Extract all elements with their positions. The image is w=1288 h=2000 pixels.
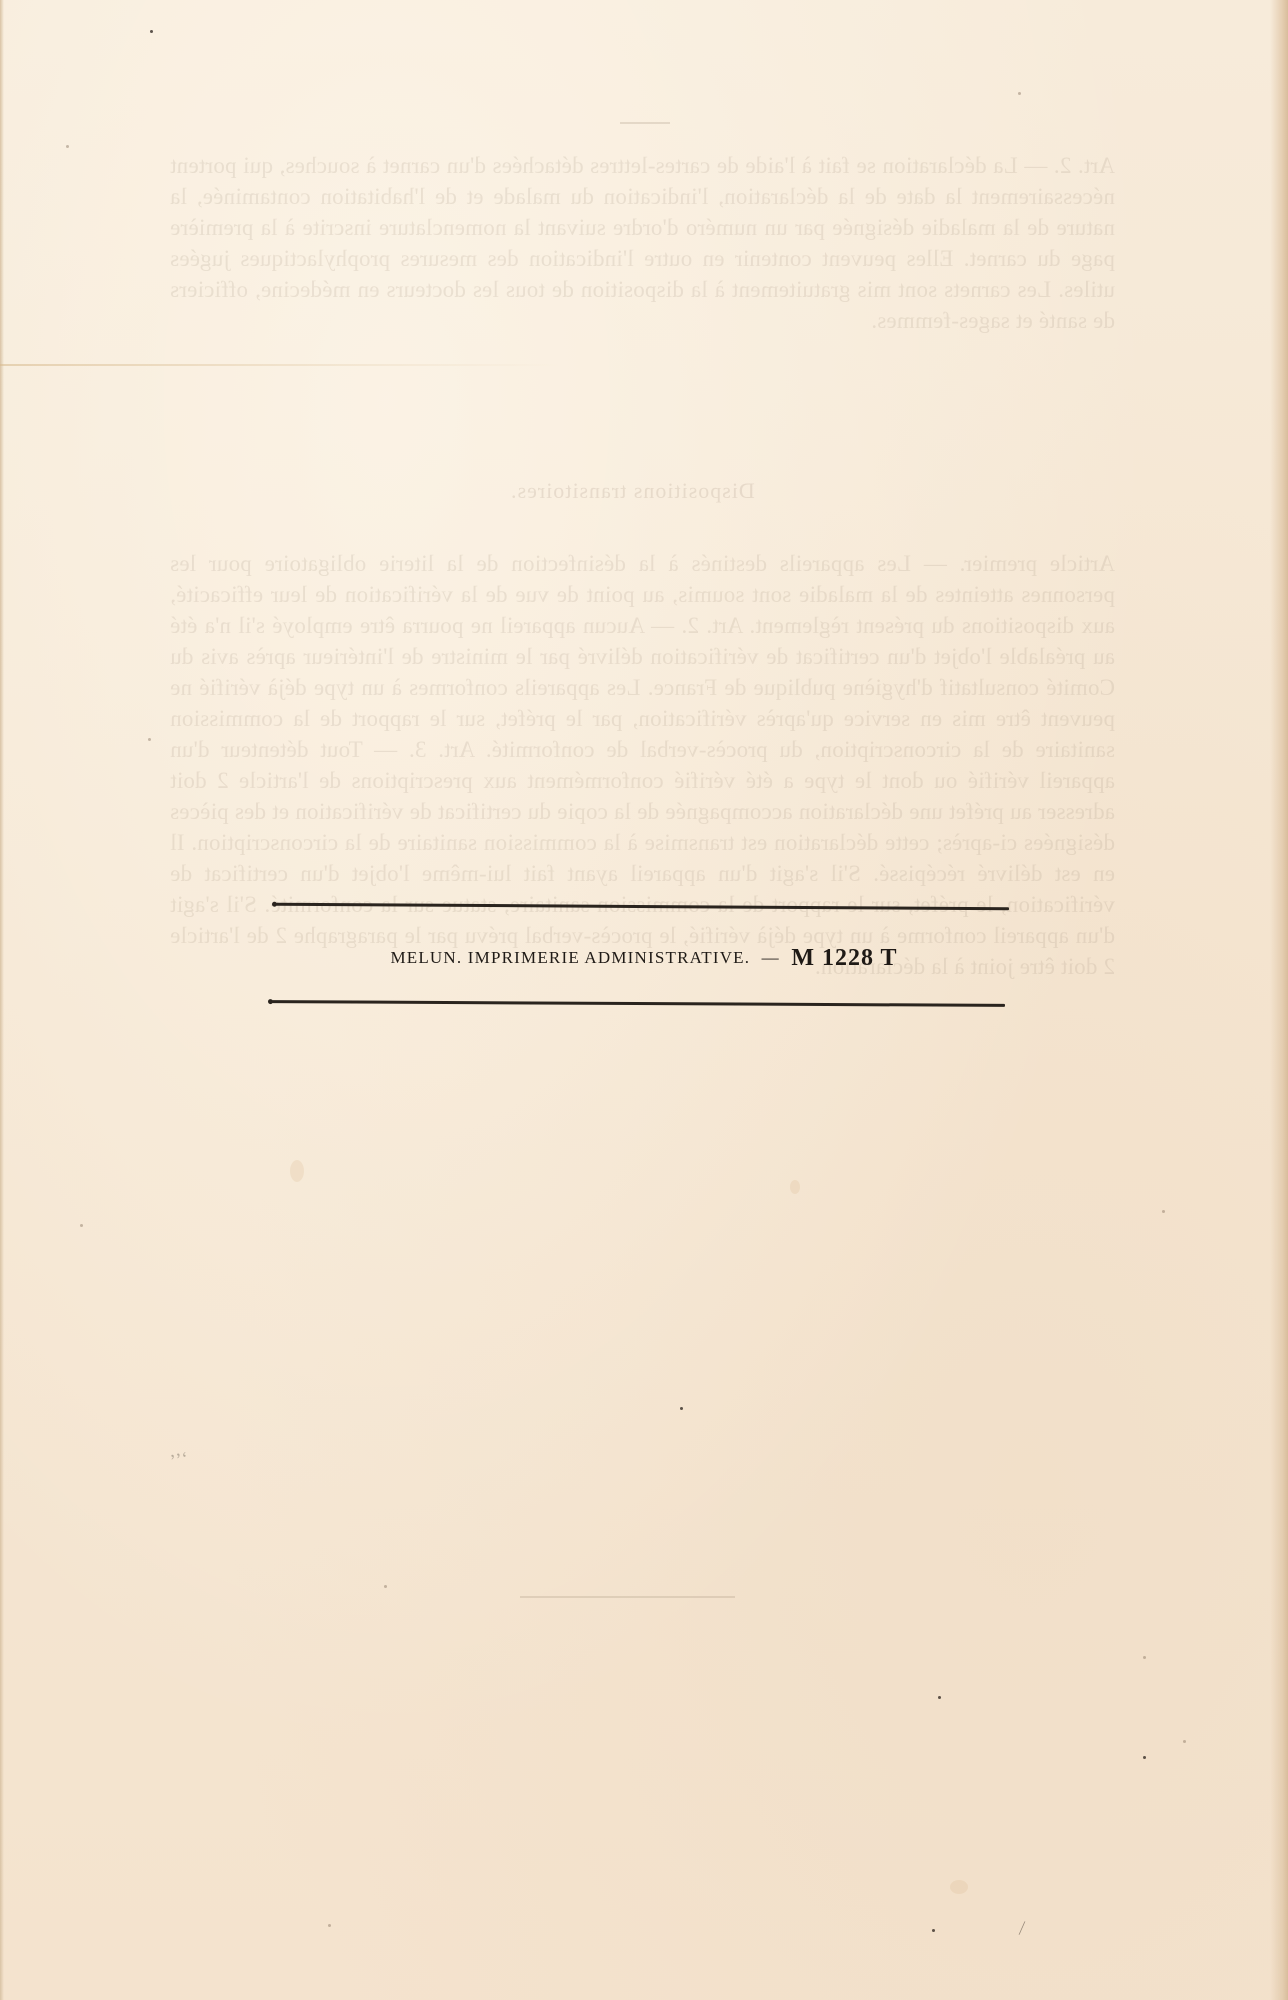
paper-speck — [932, 1929, 935, 1932]
paper-speck — [1143, 1756, 1146, 1759]
paper-speck — [1143, 1656, 1146, 1659]
bleed-section-heading: Dispositions transitoires. — [510, 478, 755, 504]
paper-stain — [950, 1880, 968, 1894]
paper-speck — [1183, 1740, 1186, 1743]
printer-name: IMPRIMERIE ADMINISTRATIVE. — [468, 948, 750, 967]
ink-smudge: ʼʼʻ — [168, 1439, 231, 1473]
bleed-paragraph-1: Art. 2. — La déclaration se fait à l'aid… — [170, 150, 1115, 390]
page-right-edge — [1270, 0, 1288, 2000]
paper-speck — [328, 1924, 331, 1927]
bleed-bottom-rule — [520, 1596, 735, 1598]
paper-stain — [290, 1160, 304, 1182]
paper-speck — [150, 30, 153, 33]
ink-smudge: ⁄ — [1018, 1906, 1081, 1940]
job-code: M 1228 T — [791, 945, 897, 971]
colophon-separator: — — [762, 948, 780, 967]
paper-stain — [790, 1180, 800, 1194]
printer-colophon: MELUN. IMPRIMERIE ADMINISTRATIVE. — M 12… — [0, 945, 1288, 972]
page-left-edge — [0, 0, 4, 2000]
paper-speck — [66, 145, 69, 148]
paper-speck — [1018, 92, 1021, 95]
paper-speck — [148, 738, 151, 741]
paper-speck — [80, 1224, 83, 1227]
paper-speck — [680, 1407, 683, 1410]
paper-speck — [384, 1585, 387, 1588]
printer-location: MELUN. — [390, 948, 462, 967]
bleed-top-rule — [620, 122, 670, 124]
paper-page: Art. 2. — La déclaration se fait à l'aid… — [0, 0, 1288, 2000]
paper-speck — [1162, 1210, 1165, 1213]
paper-speck — [938, 1696, 941, 1699]
